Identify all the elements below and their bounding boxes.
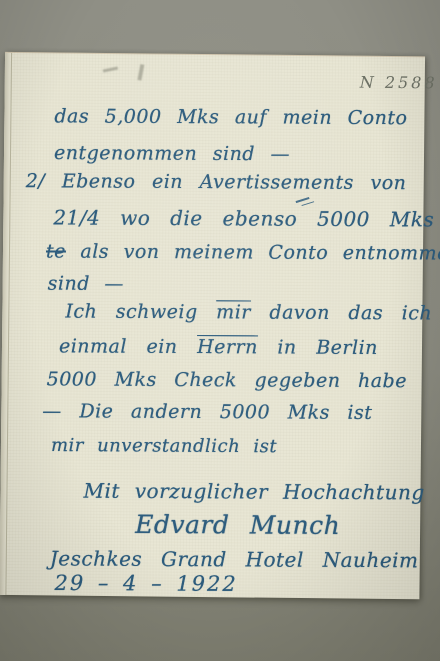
letter-line: Mit vorzuglicher Hochachtung	[83, 479, 424, 505]
letter-text: Mit vorzuglicher Hochachtung	[83, 479, 424, 505]
letter-text: als von meinem Conto entnommen	[66, 241, 440, 265]
letter-sheet: N 2588 das 5,000 Mks auf mein Contoentge…	[0, 52, 425, 599]
letter-text: in Berlin	[258, 336, 378, 359]
letter-word-over: Herrn	[197, 336, 258, 358]
letter-text: sind —	[48, 273, 124, 295]
letter-text: Ich schweig	[65, 301, 216, 324]
letter-line: mir unverstandlich ist	[51, 435, 277, 457]
letter-line: Jeschkes Grand Hotel Nauheim	[50, 546, 419, 572]
letter-line: 2/ Ebenso ein Avertissements von	[26, 170, 407, 194]
letter-line: — Die andern 5000 Mks ist	[42, 400, 372, 424]
letter-photograph: N 2588 das 5,000 Mks auf mein Contoentge…	[0, 0, 440, 661]
letter-text: einmal ein	[59, 335, 197, 358]
letter-text: — Die andern 5000 Mks ist	[42, 400, 372, 424]
letter-line: 21/4 wo die ebenso 5000 Mks	[53, 205, 434, 231]
letter-text: 21/4 wo die ebenso 5000 Mks	[53, 205, 434, 231]
letter-text: 2/ Ebenso ein Avertissements von	[26, 170, 407, 194]
pencil-smudge	[137, 64, 144, 80]
letter-text: das 5,000 Mks auf mein Conto	[54, 105, 407, 129]
letter-text: 5000 Mks Check gegeben habe	[47, 368, 407, 392]
letter-word-over: mir	[216, 301, 251, 323]
letter-line: Edvard Munch	[135, 510, 340, 540]
letter-text: Edvard Munch	[135, 510, 340, 540]
letter-line: 5000 Mks Check gegeben habe	[47, 368, 407, 392]
letter-word-strike: te	[46, 240, 66, 262]
archive-number: N 2588	[360, 73, 438, 93]
letter-line: das 5,000 Mks auf mein Conto	[54, 105, 407, 129]
pencil-smudge	[103, 67, 118, 73]
paper-fold-edge	[0, 53, 12, 595]
letter-text: 29 – 4 – 1922	[54, 571, 237, 596]
letter-text: entgenommen sind —	[54, 142, 290, 165]
ink-correction-mark	[296, 197, 310, 203]
letter-line: entgenommen sind —	[54, 142, 290, 165]
letter-text: davon das ich	[251, 301, 432, 324]
letter-text: Jeschkes Grand Hotel Nauheim	[50, 546, 419, 572]
letter-line: Ich schweig mir davon das ich	[65, 301, 432, 325]
letter-body: das 5,000 Mks auf mein Contoentgenommen …	[5, 53, 425, 57]
letter-line: 29 – 4 – 1922	[54, 571, 237, 596]
letter-line: te als von meinem Conto entnommen	[46, 240, 440, 264]
letter-line: einmal ein Herrn in Berlin	[59, 335, 378, 359]
letter-line: sind —	[48, 273, 124, 295]
letter-text: mir unverstandlich ist	[51, 435, 277, 457]
